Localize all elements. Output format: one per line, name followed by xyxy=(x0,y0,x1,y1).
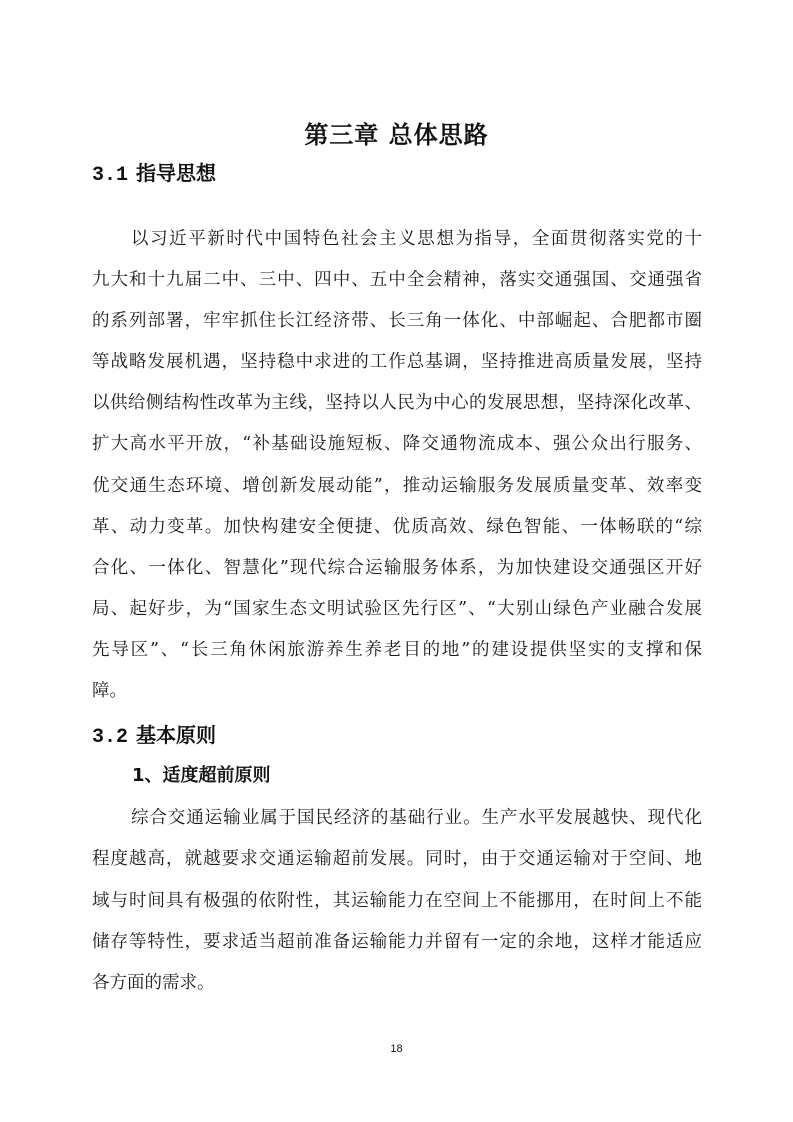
section-title: 基本原则 xyxy=(136,723,216,747)
section-heading-3-2: 3.2基本原则 xyxy=(92,722,216,751)
paragraph-line: 综合交通运输业属于国民经济的基础行业。生产水平发展越快、现代化 xyxy=(131,806,702,830)
section-number: 3.2 xyxy=(92,726,128,749)
paragraph-line: 程度越高，就越要求交通运输超前发展。同时，由于交通运输对于空间、地 xyxy=(92,847,702,871)
paragraph-line: 革、动力变革。加快构建安全便捷、优质高效、绿色智能、一体畅联的“综 xyxy=(92,515,702,539)
paragraph-line: 先导区”、“长三角休闲旅游养生养老目的地”的建设提供坚实的支撑和保 xyxy=(92,638,702,662)
paragraph-line: 扩大高水平开放，“补基础设施短板、降交通物流成本、强公众出行服务、 xyxy=(92,432,702,456)
paragraph-line: 优交通生态环境、增创新发展动能”，推动运输服务发展质量变革、效率变 xyxy=(92,474,702,498)
paragraph-line: 障。 xyxy=(92,679,127,703)
paragraph-line: 合化、一体化、智慧化”现代综合运输服务体系，为加快建设交通强区开好 xyxy=(92,556,702,580)
document-page: 第三章 总体思路 3.1指导思想 以习近平新时代中国特色社会主义思想为指导，全面… xyxy=(0,0,793,1122)
paragraph-line: 局、起好步，为“国家生态文明试验区先行区”、“大别山绿色产业融合发展 xyxy=(92,597,702,621)
chapter-title: 第三章 总体思路 xyxy=(0,120,793,150)
paragraph-line: 等战略发展机遇，坚持稳中求进的工作总基调，坚持推进高质量发展，坚持 xyxy=(92,350,702,374)
paragraph-line: 九大和十九届二中、三中、四中、五中全会精神，落实交通强国、交通强省 xyxy=(92,268,702,292)
page-number: 18 xyxy=(0,1042,793,1056)
paragraph-line: 各方面的需求。 xyxy=(92,971,215,995)
paragraph-line: 以供给侧结构性改革为主线，坚持以人民为中心的发展思想，坚持深化改革、 xyxy=(92,391,702,415)
subsection-heading-moderately-ahead: 1、适度超前原则 xyxy=(132,764,271,788)
section-title: 指导思想 xyxy=(136,161,216,185)
paragraph-line: 以习近平新时代中国特色社会主义思想为指导，全面贯彻落实党的十 xyxy=(131,227,702,251)
section-number: 3.1 xyxy=(92,164,128,187)
paragraph-line: 域与时间具有极强的依附性，其运输能力在空间上不能挪用，在时间上不能 xyxy=(92,889,702,913)
section-heading-3-1: 3.1指导思想 xyxy=(92,160,216,189)
paragraph-line: 的系列部署，牢牢抓住长江经济带、长三角一体化、中部崛起、合肥都市圈 xyxy=(92,309,702,333)
paragraph-line: 储存等特性，要求适当超前准备运输能力并留有一定的余地，这样才能适应 xyxy=(92,930,702,954)
